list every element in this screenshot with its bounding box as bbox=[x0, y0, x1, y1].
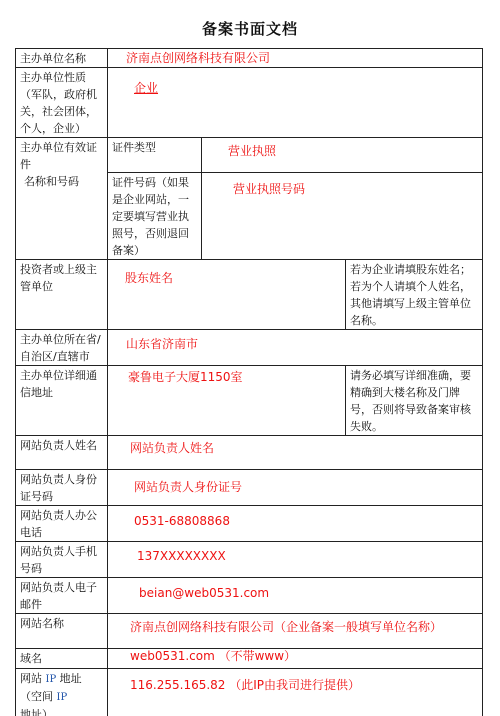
province-value[interactable]: 山东省济南市 bbox=[108, 330, 483, 366]
address-label: 主办单位详细通信地址 bbox=[16, 366, 108, 436]
cert-label-line2: 名称和号码 bbox=[20, 175, 79, 188]
investor-value[interactable]: 股东姓名 bbox=[108, 260, 346, 330]
row-owner-phone: 网站负责人办公电话 0531-68808868 bbox=[16, 506, 483, 542]
row-province: 主办单位所在省/自治区/直辖市 山东省济南市 bbox=[16, 330, 483, 366]
cert-number-label: 证件号码（如果是企业网站，一定要填写营业执照号，否则退回备案） bbox=[108, 173, 202, 260]
domain-value[interactable]: web0531.com （不带www） bbox=[108, 649, 483, 669]
cert-type-value[interactable]: 营业执照 bbox=[202, 138, 483, 173]
row-owner-mobile: 网站负责人手机号码 137XXXXXXXX bbox=[16, 542, 483, 578]
row-org-name: 主办单位名称 济南点创网络科技有限公司 bbox=[16, 49, 483, 68]
row-investor: 投资者或上级主管单位 股东姓名 若为企业请填股东姓名；若为个人请填个人姓名，其他… bbox=[16, 260, 483, 330]
row-owner-id: 网站负责人身份证号码 网站负责人身份证号 bbox=[16, 470, 483, 506]
owner-mobile-label: 网站负责人手机号码 bbox=[16, 542, 108, 578]
org-type-value[interactable]: 企业 bbox=[108, 68, 483, 138]
domain-label: 域名 bbox=[16, 649, 108, 669]
owner-id-label: 网站负责人身份证号码 bbox=[16, 470, 108, 506]
site-name-value[interactable]: 济南点创网络科技有限公司（企业备案一般填写单位名称） bbox=[108, 614, 483, 649]
cert-label: 主办单位有效证件 名称和号码 bbox=[16, 138, 108, 260]
owner-phone-label: 网站负责人办公电话 bbox=[16, 506, 108, 542]
owner-name-label: 网站负责人姓名 bbox=[16, 436, 108, 470]
investor-label: 投资者或上级主管单位 bbox=[16, 260, 108, 330]
site-ip-label-ip2: IP bbox=[57, 692, 68, 703]
owner-email-label: 网站负责人电子邮件 bbox=[16, 578, 108, 614]
row-site-ip: 网站 IP 地址（空间 IP 地址） 116.255.165.82 （此IP由我… bbox=[16, 669, 483, 716]
cert-number-value[interactable]: 营业执照号码 bbox=[202, 173, 483, 260]
address-value[interactable]: 豪鲁电子大厦1150室 bbox=[108, 366, 346, 436]
province-label: 主办单位所在省/自治区/直辖市 bbox=[16, 330, 108, 366]
row-owner-name: 网站负责人姓名 网站负责人姓名 bbox=[16, 436, 483, 470]
filing-form-table: 主办单位名称 济南点创网络科技有限公司 主办单位性质（军队，政府机关，社会团体，… bbox=[15, 48, 483, 716]
site-ip-value[interactable]: 116.255.165.82 （此IP由我司进行提供） bbox=[108, 669, 483, 716]
owner-phone-value[interactable]: 0531-68808868 bbox=[108, 506, 483, 542]
cert-type-label: 证件类型 bbox=[108, 138, 202, 173]
cert-label-line1: 主办单位有效证件 bbox=[20, 141, 97, 171]
site-ip-label-c: 地址） bbox=[20, 708, 53, 716]
org-name-label: 主办单位名称 bbox=[16, 49, 108, 68]
address-note: 请务必填写详细准确，要精确到大楼名称及门牌号，否则将导致备案审核失败。 bbox=[346, 366, 483, 436]
site-ip-label-a: 网站 bbox=[20, 672, 46, 685]
site-ip-label-ip1: IP bbox=[46, 674, 57, 685]
org-name-value[interactable]: 济南点创网络科技有限公司 bbox=[108, 49, 483, 68]
site-name-label: 网站名称 bbox=[16, 614, 108, 649]
page-title: 备案书面文档 bbox=[0, 18, 500, 39]
row-site-name: 网站名称 济南点创网络科技有限公司（企业备案一般填写单位名称） bbox=[16, 614, 483, 649]
owner-name-value[interactable]: 网站负责人姓名 bbox=[108, 436, 483, 470]
owner-email-value[interactable]: beian@web0531.com bbox=[108, 578, 483, 614]
row-domain: 域名 web0531.com （不带www） bbox=[16, 649, 483, 669]
owner-mobile-value[interactable]: 137XXXXXXXX bbox=[108, 542, 483, 578]
owner-id-value[interactable]: 网站负责人身份证号 bbox=[108, 470, 483, 506]
row-owner-email: 网站负责人电子邮件 beian@web0531.com bbox=[16, 578, 483, 614]
row-org-type: 主办单位性质（军队，政府机关，社会团体，个人，企业） 企业 bbox=[16, 68, 483, 138]
row-cert-type: 主办单位有效证件 名称和号码 证件类型 营业执照 bbox=[16, 138, 483, 173]
investor-note: 若为企业请填股东姓名；若为个人请填个人姓名，其他请填写上级主管单位名称。 bbox=[346, 260, 483, 330]
site-ip-label: 网站 IP 地址（空间 IP 地址） bbox=[16, 669, 108, 716]
row-address: 主办单位详细通信地址 豪鲁电子大厦1150室 请务必填写详细准确，要精确到大楼名… bbox=[16, 366, 483, 436]
org-type-label: 主办单位性质（军队，政府机关，社会团体，个人，企业） bbox=[16, 68, 108, 138]
